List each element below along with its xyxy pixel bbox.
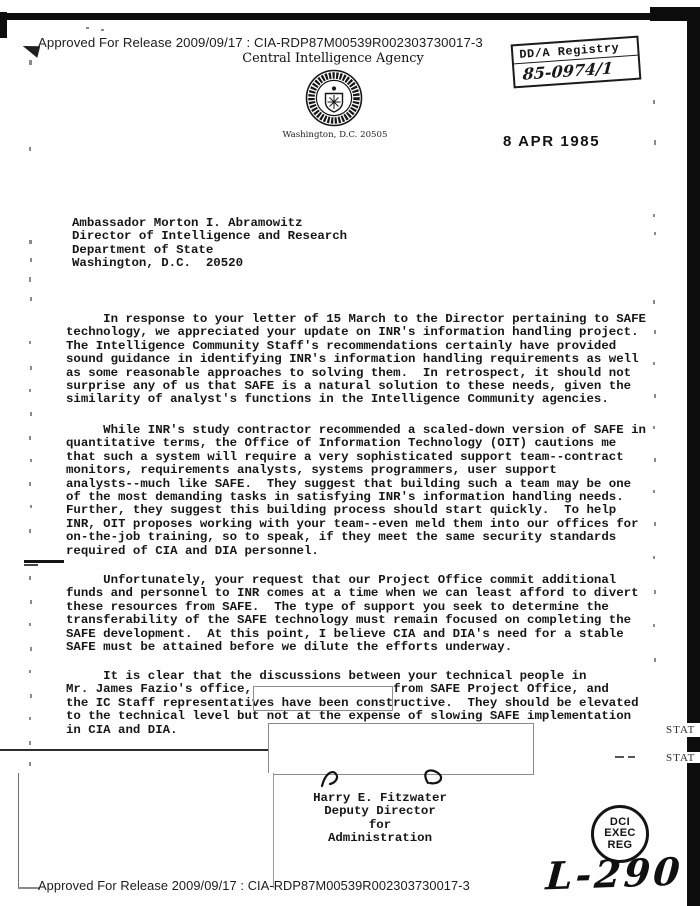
- scan-speck: [654, 458, 656, 462]
- scan-speck: [29, 341, 31, 344]
- scan-speck: [29, 717, 31, 720]
- scan-speck: [30, 505, 32, 508]
- scan-speck: [653, 100, 655, 104]
- recipient-address: Ambassador Morton I. Abramowitz Director…: [72, 217, 347, 271]
- scan-speck: [654, 590, 656, 594]
- scan-speck: [29, 436, 31, 440]
- redaction-box-foot: [18, 887, 40, 889]
- approval-line-bottom: Approved For Release 2009/09/17 : CIA-RD…: [38, 878, 470, 893]
- stat-annotation-2: STAT: [666, 752, 695, 764]
- fold-line: [0, 749, 268, 751]
- scan-speck: [654, 522, 656, 526]
- scan-speck: [29, 623, 31, 626]
- scan-speck: [653, 490, 655, 493]
- scan-speck: [30, 647, 32, 651]
- scan-speck: [654, 658, 656, 662]
- scan-speck: [30, 258, 32, 262]
- scan-edge-right-upper: [687, 14, 700, 723]
- scan-speck: [29, 762, 31, 766]
- paragraph-3: Unfortunately, your request that our Pro…: [66, 574, 639, 654]
- scan-speck: [29, 576, 31, 580]
- scan-speck: [653, 214, 655, 217]
- agency-name: Central Intelligence Agency: [223, 51, 443, 66]
- signer-name: Harry E. Fitzwater: [270, 792, 490, 805]
- scan-speck: [29, 389, 31, 392]
- scan-speck: [30, 297, 32, 301]
- redaction-box-inline: [253, 686, 393, 711]
- scan-speck: [654, 232, 656, 235]
- scan-speck: [29, 741, 31, 745]
- scan-speck: [30, 694, 32, 698]
- signer-title: Deputy Director for Administration: [270, 805, 490, 845]
- margin-dash-mark: [24, 560, 64, 563]
- registry-stamp: DD/A Registry 85-0974/1: [511, 36, 642, 89]
- scan-edge-right-mid: [687, 737, 700, 752]
- redaction-box-bottom-left: [18, 773, 274, 888]
- paragraph-2: While INR's study contractor recommended…: [66, 424, 646, 558]
- scan-speck: [101, 29, 104, 31]
- scan-speck: [30, 459, 32, 462]
- scan-speck: [30, 412, 32, 416]
- scan-speck: [86, 27, 89, 29]
- scan-speck: [30, 366, 32, 370]
- approval-line-top: Approved For Release 2009/09/17 : CIA-RD…: [38, 35, 483, 50]
- scan-speck: [29, 147, 31, 151]
- scanned-letter-page: Approved For Release 2009/09/17 : CIA-RD…: [0, 0, 700, 906]
- scan-dash-1: [615, 756, 624, 758]
- scan-speck: [653, 556, 655, 559]
- scan-speck: [654, 140, 656, 145]
- date-stamp: 8 APR 1985: [503, 133, 600, 150]
- scan-speck: [29, 670, 31, 673]
- scan-speck: [653, 362, 655, 365]
- margin-dash-mark-small: [24, 564, 38, 566]
- handwritten-id: L-290: [544, 849, 684, 899]
- scan-edge-top: [0, 13, 700, 20]
- scan-edge-right-lower: [687, 763, 700, 906]
- signature-stroke-remnant: [308, 766, 478, 788]
- scan-speck: [30, 600, 32, 604]
- agency-city-line: Washington, D.C. 20505: [275, 130, 395, 140]
- scan-dash-2: [628, 756, 635, 758]
- scan-speck: [653, 426, 655, 429]
- scan-speck: [653, 624, 655, 627]
- scan-speck: [653, 300, 655, 304]
- scan-edge-left: [0, 12, 7, 38]
- scan-speck: [29, 482, 31, 486]
- scan-speck: [654, 394, 656, 398]
- paragraph-1: In response to your letter of 15 March t…: [66, 313, 646, 407]
- cia-seal-icon: [304, 68, 364, 128]
- scan-speck: [29, 240, 32, 244]
- scan-speck: [29, 60, 32, 65]
- signature-block: Harry E. Fitzwater Deputy Director for A…: [270, 792, 490, 846]
- stat-annotation-1: STAT: [666, 724, 695, 736]
- scan-speck: [29, 529, 31, 533]
- scan-speck: [29, 277, 31, 282]
- scan-speck: [654, 330, 656, 334]
